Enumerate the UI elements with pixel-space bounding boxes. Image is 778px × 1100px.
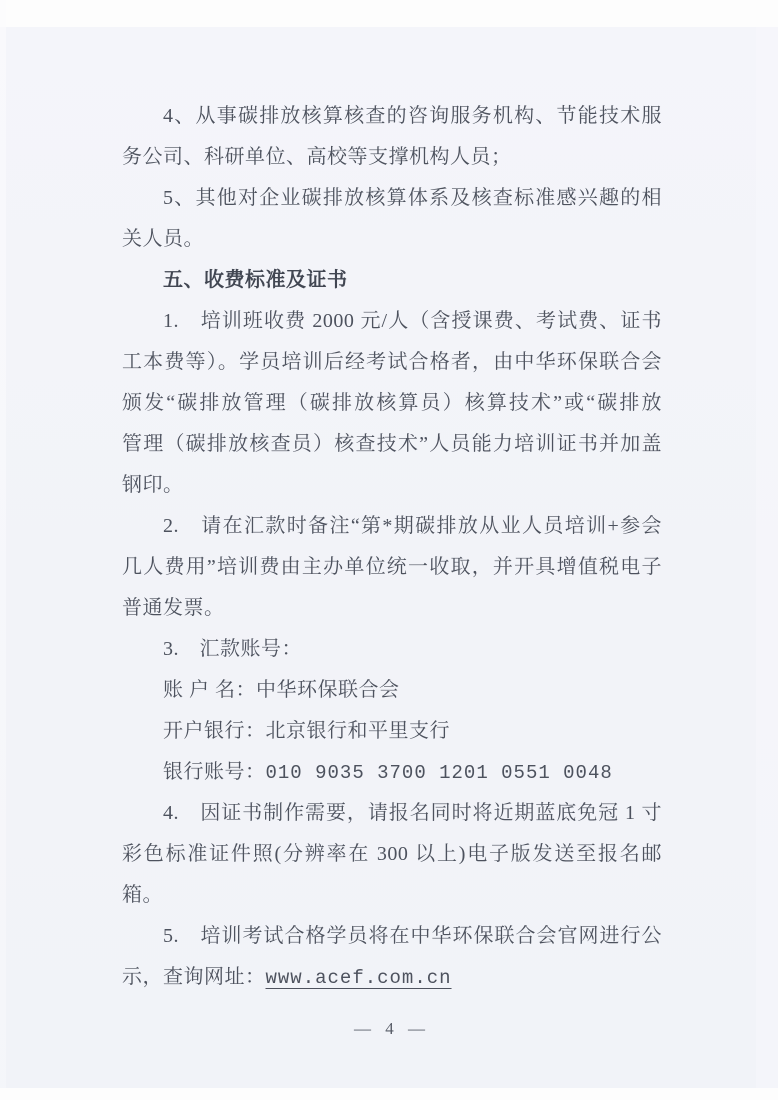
text-line: 3. 汇款账号： bbox=[122, 629, 662, 670]
scan-band-right bbox=[756, 27, 778, 1088]
scanned-document-page: 4、从事碳排放核算核查的咨询服务机构、节能技术服务公司、科研单位、高校等支撑机构… bbox=[0, 0, 778, 1100]
text-line: 管理（碳排放核查员）核查技术”人员能力培训证书并加盖 bbox=[122, 424, 662, 465]
text-line: 账 户 名：中华环保联合会 bbox=[122, 670, 662, 711]
text-line: 4、从事碳排放核算核查的咨询服务机构、节能技术服 bbox=[122, 96, 662, 137]
page-number: — 4 — bbox=[122, 1018, 662, 1040]
scan-edge-top bbox=[0, 0, 778, 27]
text-line: 务公司、科研单位、高校等支撑机构人员； bbox=[122, 137, 662, 178]
text-line: 颁发“碳排放管理（碳排放核算员）核算技术”或“碳排放 bbox=[122, 383, 662, 424]
document-text: 4、从事碳排放核算核查的咨询服务机构、节能技术服务公司、科研单位、高校等支撑机构… bbox=[122, 96, 662, 998]
text-line: 普通发票。 bbox=[122, 588, 662, 629]
text-line: 关人员。 bbox=[122, 219, 662, 260]
text-line: 5. 培训考试合格学员将在中华环保联合会官网进行公 bbox=[122, 916, 662, 957]
url-link[interactable]: www.acef.com.cn bbox=[266, 967, 452, 989]
text-line: 箱。 bbox=[122, 875, 662, 916]
text-line: 五、收费标准及证书 bbox=[122, 260, 662, 301]
scan-edge-bottom bbox=[0, 1088, 778, 1100]
text-line: 示，查询网址：www.acef.com.cn bbox=[122, 957, 662, 998]
text-line: 开户银行：北京银行和平里支行 bbox=[122, 711, 662, 752]
bank-account-number: 010 9035 3700 1201 0551 0048 bbox=[266, 762, 613, 784]
text-line-label: 示，查询网址： bbox=[122, 966, 266, 988]
text-line: 2. 请在汇款时备注“第*期碳排放从业人员培训+参会 bbox=[122, 506, 662, 547]
scan-edge-left bbox=[0, 0, 6, 1100]
text-line: 几人费用”培训费由主办单位统一收取，并开具增值税电子 bbox=[122, 547, 662, 588]
text-line: 4. 因证书制作需要，请报名同时将近期蓝底免冠 1 寸 bbox=[122, 793, 662, 834]
text-line-label: 银行账号： bbox=[163, 761, 266, 783]
text-line: 工本费等）。学员培训后经考试合格者，由中华环保联合会 bbox=[122, 342, 662, 383]
text-line: 钢印。 bbox=[122, 465, 662, 506]
text-line: 5、其他对企业碳排放核算体系及核查标准感兴趣的相 bbox=[122, 178, 662, 219]
text-line: 彩色标准证件照(分辨率在 300 以上)电子版发送至报名邮 bbox=[122, 834, 662, 875]
text-line: 1. 培训班收费 2000 元/人（含授课费、考试费、证书 bbox=[122, 301, 662, 342]
text-line: 银行账号：010 9035 3700 1201 0551 0048 bbox=[122, 752, 662, 793]
